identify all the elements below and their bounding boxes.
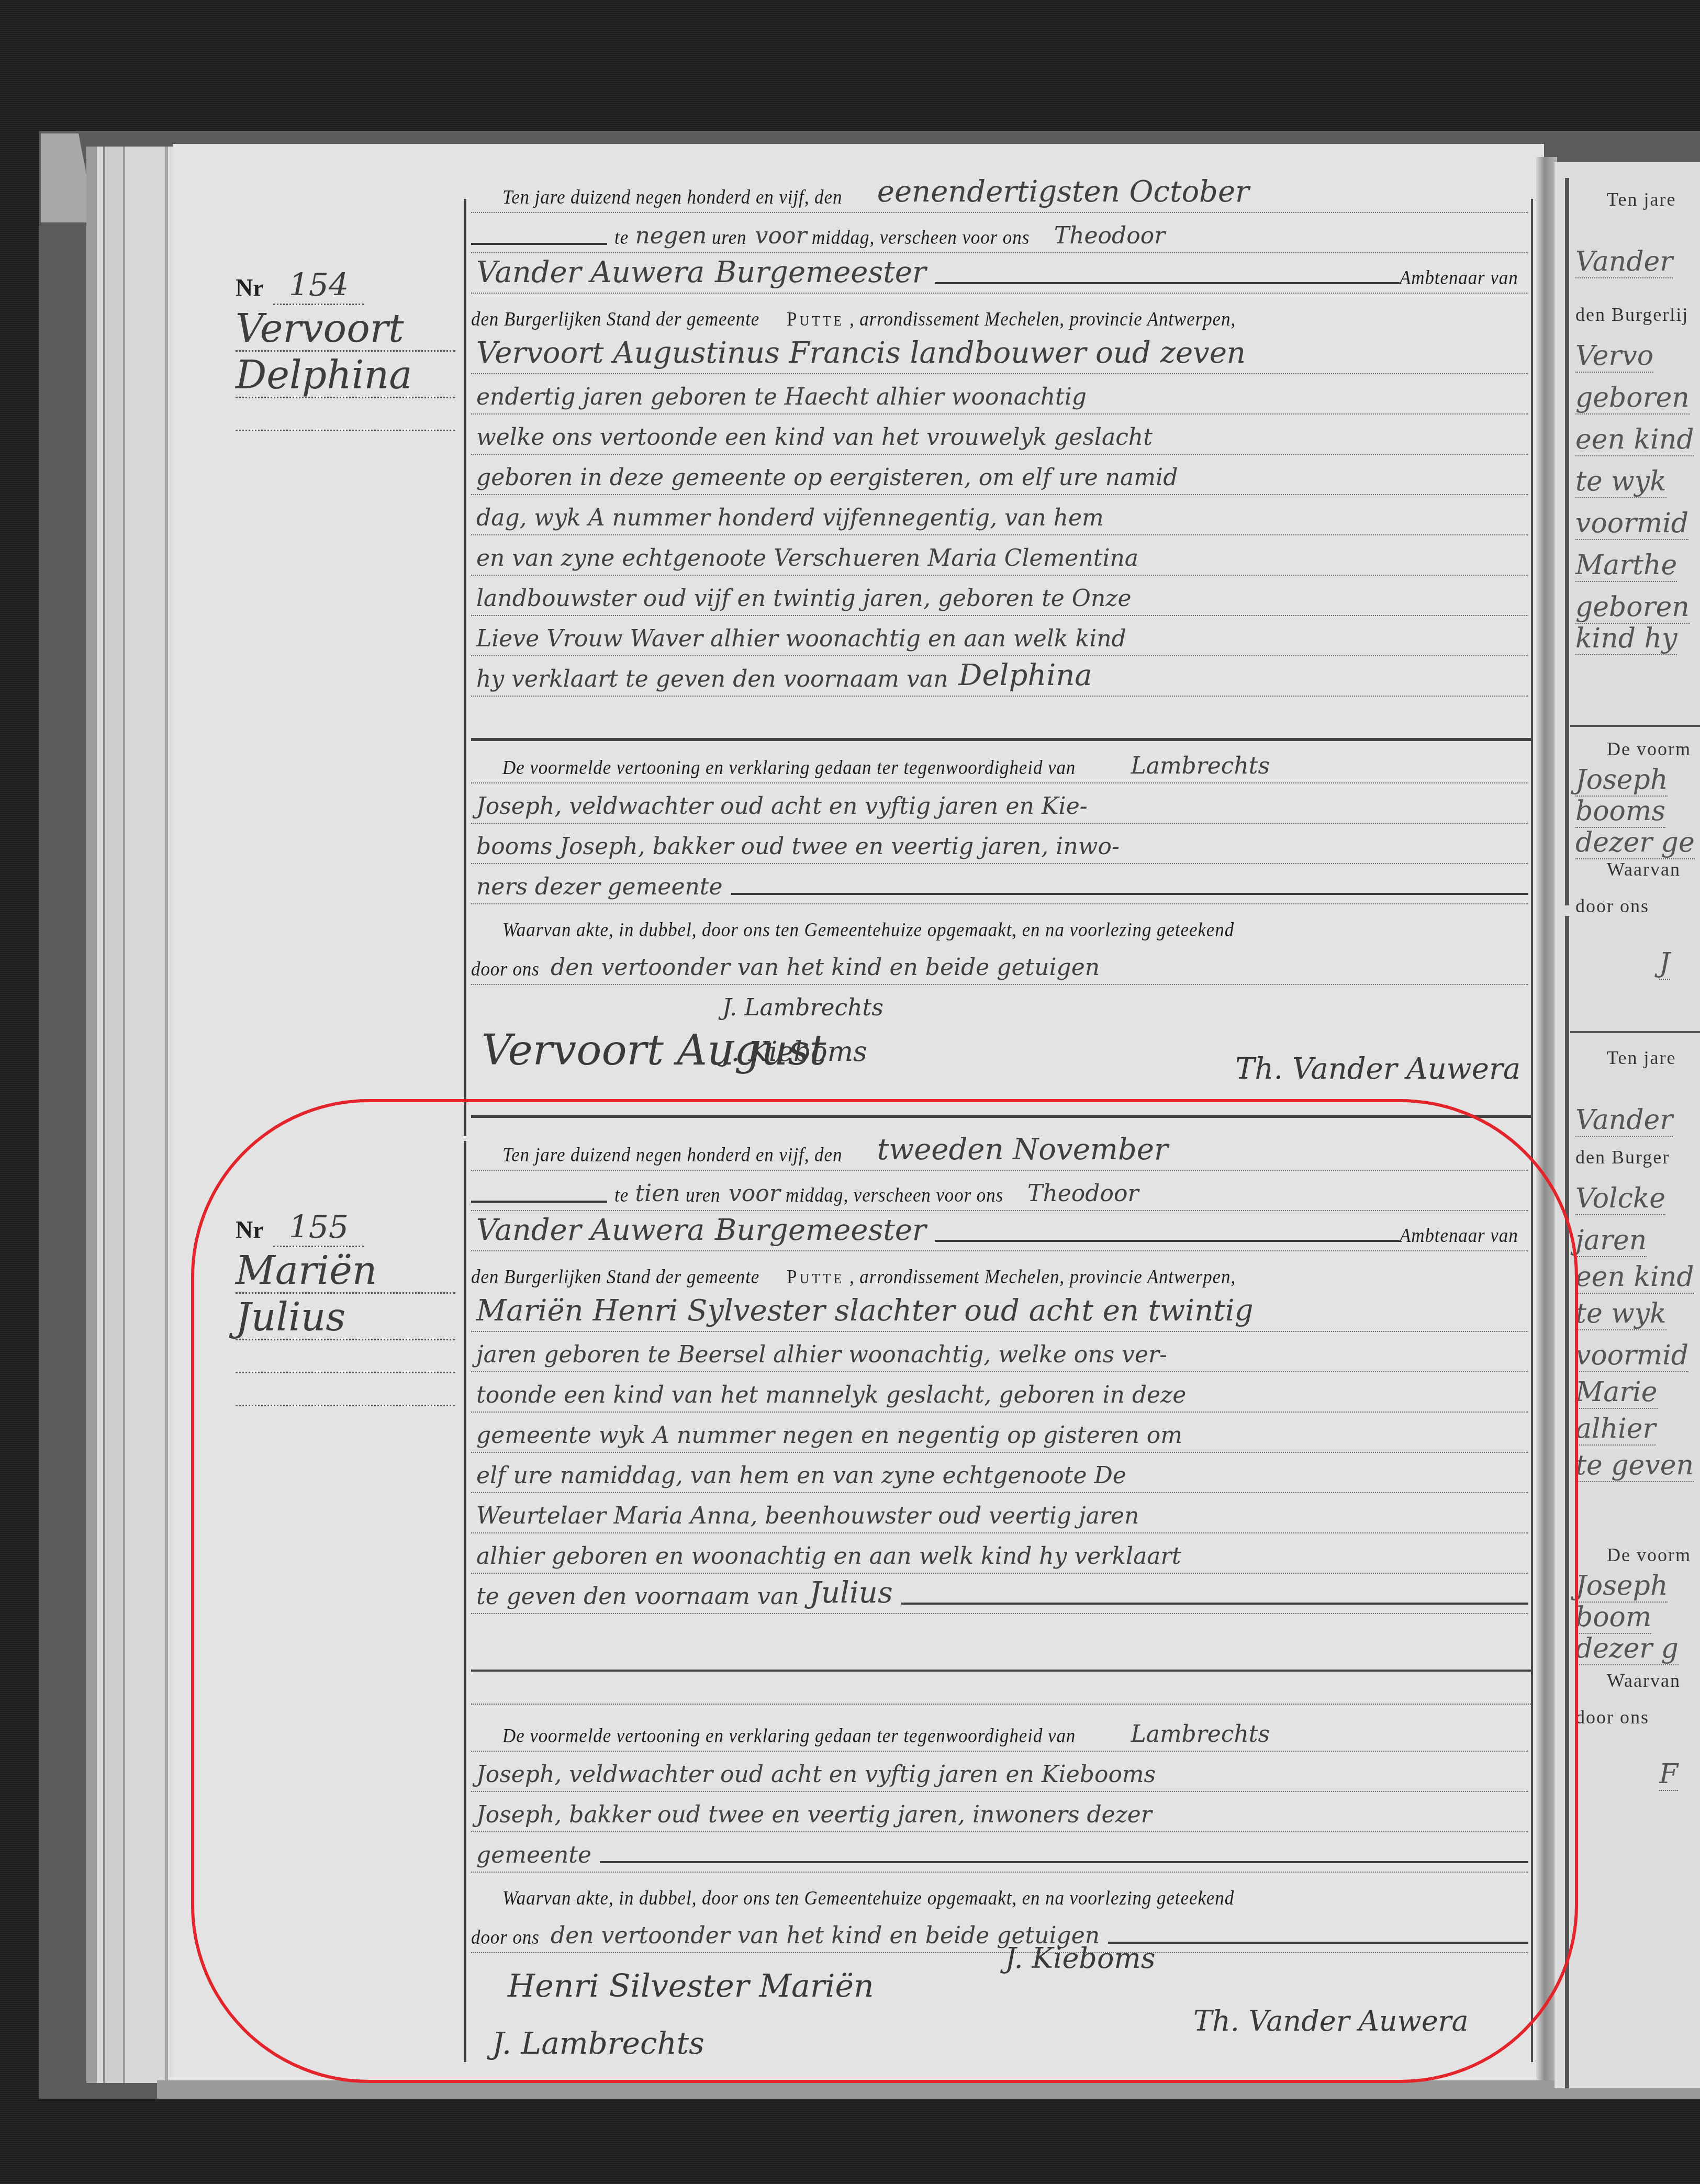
body-line: landbouwster oud vijf en twintig jaren, … xyxy=(471,576,1528,616)
handwritten-date: eenendertigsten October xyxy=(877,175,1249,209)
signatures-154: Vervoort August J. Lambrechts J. Kieboms… xyxy=(471,994,1528,1110)
handwritten-official: Theodoor xyxy=(1054,222,1165,249)
printed-text: , arrondissement Mechelen, provincie Ant… xyxy=(849,308,1236,331)
closing-line: Waarvan akte, in dubbel, door ons ten Ge… xyxy=(471,904,1528,945)
np-text: te geven xyxy=(1575,1450,1694,1482)
np-text: De voorm xyxy=(1607,1544,1691,1566)
printed-text: uren xyxy=(712,226,746,249)
handwritten-text: dag, wyk A nummer honderd vijfennegentig… xyxy=(476,505,1104,531)
printed-text: Waarvan akte, in dubbel, door ons ten Ge… xyxy=(502,919,1234,942)
body-line: Vervoort Augustinus Francis landbouwer o… xyxy=(471,334,1528,374)
np-text: De voorm xyxy=(1607,738,1691,760)
np-text: Vervo xyxy=(1575,340,1653,373)
printed-text: den Burgerlijken Stand der gemeente xyxy=(471,308,759,331)
np-text: Waarvan xyxy=(1607,1670,1681,1692)
nr-label: Nr xyxy=(236,274,264,301)
blank-rule xyxy=(935,282,1400,284)
handwritten-title: Burgemeester xyxy=(715,255,926,289)
witness-intro-line: De voormelde vertooning en verklaring ge… xyxy=(471,743,1528,783)
closing-hand-line: door ons den vertoonder van het kind en … xyxy=(471,945,1528,985)
margin-rule-top xyxy=(464,199,466,1136)
np-text: F xyxy=(1659,1759,1678,1791)
printed-text: door ons xyxy=(471,958,540,981)
signature-witness-2: J. Kieboms xyxy=(722,1036,867,1068)
act-154-witnesses: De voormelde vertooning en verklaring ge… xyxy=(471,743,1528,985)
act-154: Ten jare duizend negen honderd en vijf, … xyxy=(471,173,1528,697)
body-line: en van zyne echtgenoote Verschueren Mari… xyxy=(471,535,1528,576)
margin-blank-line xyxy=(236,398,455,431)
margin-firstname: Delphina xyxy=(236,356,455,398)
handwritten-text: hy verklaart te geven den voornaam van xyxy=(476,666,948,692)
np-text: Ten jare xyxy=(1607,1047,1676,1069)
page-bottom-edge xyxy=(157,2080,1700,2099)
section-separator xyxy=(471,738,1531,741)
act-line-municipality: den Burgerlijken Stand der gemeente Putt… xyxy=(471,294,1528,334)
np-text: kind hy xyxy=(1575,623,1677,655)
np-text: jaren xyxy=(1575,1225,1647,1257)
np-text: Joseph xyxy=(1575,764,1668,797)
np-text: Ten jare xyxy=(1607,188,1676,210)
body-line: dag, wyk A nummer honderd vijfennegentig… xyxy=(471,495,1528,535)
blank-rule xyxy=(471,243,607,245)
handwritten-ampm: voor xyxy=(755,222,807,249)
handwritten-text: booms Joseph, bakker oud twee en veertig… xyxy=(476,833,1120,860)
handwritten-text: welke ons vertoonde een kind van het vro… xyxy=(476,424,1153,451)
act-line-date: Ten jare duizend negen honderd en vijf, … xyxy=(471,173,1528,213)
margin-surname: Vervoort xyxy=(236,309,455,352)
entry-number: 154 xyxy=(273,267,365,305)
np-text: J xyxy=(1659,947,1670,980)
highlight-annotation-entry-155 xyxy=(191,1099,1578,2083)
book-corner-protector xyxy=(41,133,88,222)
page-stack-edges xyxy=(86,147,175,2083)
np-text: voormid xyxy=(1575,1340,1688,1372)
printed-text: Ambtenaar van xyxy=(1400,266,1518,289)
handwritten-text: Lieve Vrouw Waver alhier woonachtig en a… xyxy=(476,625,1126,652)
blank-rule xyxy=(731,893,1529,895)
np-text: Vander xyxy=(1575,246,1673,278)
np-text: Joseph xyxy=(1575,1570,1668,1603)
printed-text: middag, verscheen voor ons xyxy=(812,226,1030,249)
handwritten-text: landbouwster oud vijf en twintig jaren, … xyxy=(476,585,1132,612)
np-separator xyxy=(1570,1031,1700,1033)
np-text: een kind xyxy=(1575,424,1694,456)
np-text: Vander xyxy=(1575,1104,1673,1137)
np-text: dezer g xyxy=(1575,1633,1679,1665)
printed-text: te xyxy=(614,226,629,249)
margin-entry-154: Nr 154 Vervoort Delphina xyxy=(236,267,455,431)
np-text: booms xyxy=(1575,796,1665,828)
handwritten-text: den vertoonder van het kind en beide get… xyxy=(551,954,1100,981)
handwritten-text: en van zyne echtgenoote Verschueren Mari… xyxy=(476,545,1138,572)
signature-witness-1: J. Lambrechts xyxy=(722,994,883,1021)
np-text: door ons xyxy=(1575,1706,1649,1728)
np-separator xyxy=(1570,725,1700,727)
np-text: den Burger xyxy=(1575,1146,1670,1168)
np-text: Volcke xyxy=(1575,1183,1665,1215)
act-line-time: te negen uren voor middag, verscheen voo… xyxy=(471,213,1528,253)
np-text: dezer ge xyxy=(1575,827,1695,859)
printed-text: De voormelde vertooning en verklaring ge… xyxy=(502,756,1076,779)
body-line: geboren in deze gemeente op eergisteren,… xyxy=(471,455,1528,495)
handwritten-hour: negen xyxy=(635,222,707,249)
np-text: Marie xyxy=(1575,1376,1658,1409)
handwritten-witness: Lambrechts xyxy=(1131,753,1270,779)
np-text: alhier xyxy=(1575,1413,1656,1446)
handwritten-text: geboren in deze gemeente op eergisteren,… xyxy=(476,464,1178,491)
witness-line: booms Joseph, bakker oud twee en veertig… xyxy=(471,824,1528,864)
body-line: hy verklaart te geven den voornaam van D… xyxy=(471,656,1528,697)
np-text: geboren xyxy=(1575,382,1690,415)
np-text: een kind xyxy=(1575,1261,1694,1294)
np-rule xyxy=(1565,178,1569,905)
handwritten-text: ners dezer gemeente xyxy=(476,873,723,900)
printed-text: Ten jare duizend negen honderd en vijf, … xyxy=(502,186,842,209)
np-text: te wyk xyxy=(1575,466,1667,498)
witness-line: ners dezer gemeente xyxy=(471,864,1528,904)
child-given-name: Delphina xyxy=(958,658,1092,692)
np-text: voormid xyxy=(1575,508,1688,540)
witness-line: Joseph, veldwachter oud acht en vyftig j… xyxy=(471,783,1528,824)
np-text: boom xyxy=(1575,1601,1651,1634)
np-text: te wyk xyxy=(1575,1298,1667,1330)
handwritten-text: Joseph, veldwachter oud acht en vyftig j… xyxy=(476,793,1088,820)
np-text: door ons xyxy=(1575,895,1649,917)
handwritten-text: endertig jaren geboren te Haecht alhier … xyxy=(476,384,1087,410)
body-line: welke ons vertoonde een kind van het vro… xyxy=(471,415,1528,455)
body-line: endertig jaren geboren te Haecht alhier … xyxy=(471,374,1528,415)
body-line: Lieve Vrouw Waver alhier woonachtig en a… xyxy=(471,616,1528,656)
np-text: den Burgerlij xyxy=(1575,304,1688,326)
act-line-official: Vander Auwera Burgemeester Ambtenaar van xyxy=(471,253,1528,294)
signature-official: Th. Vander Auwera xyxy=(1235,1052,1520,1086)
printed-town: Putte xyxy=(787,308,845,331)
np-text: geboren xyxy=(1575,591,1690,624)
np-text: Marthe xyxy=(1575,550,1677,582)
handwritten-official: Vander Auwera xyxy=(476,255,704,289)
np-text: Waarvan xyxy=(1607,858,1681,880)
handwritten-text: Vervoort Augustinus Francis landbouwer o… xyxy=(476,336,1246,370)
